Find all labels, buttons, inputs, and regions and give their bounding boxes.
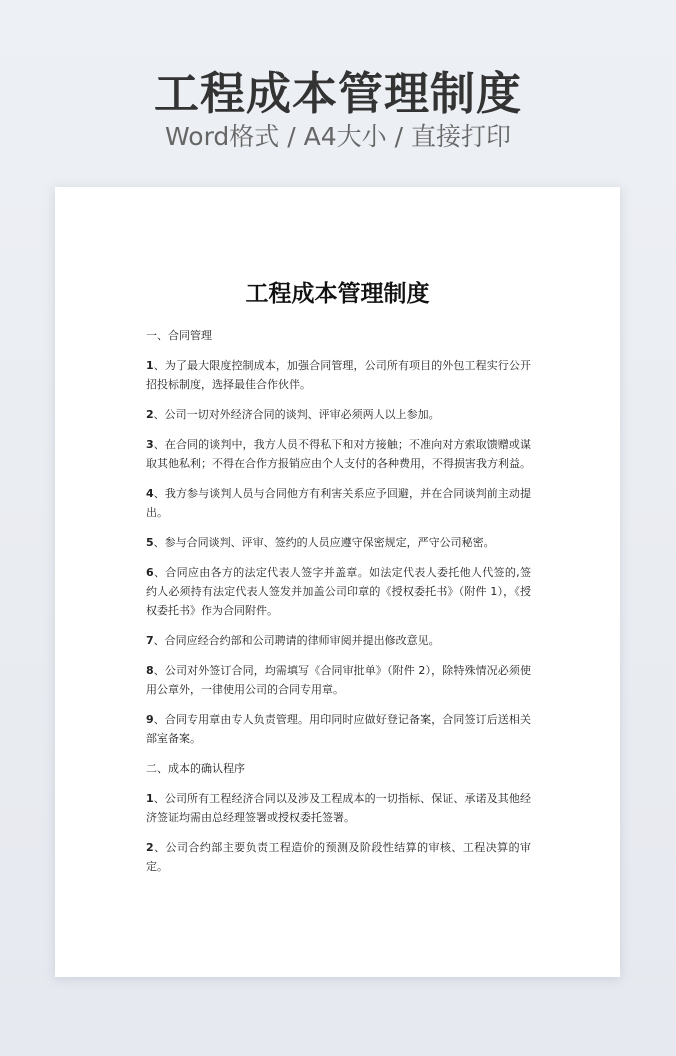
- paragraph-item: 2、公司合约部主要负责工程造价的预测及阶段性结算的审核、工程决算的审定。: [146, 838, 531, 876]
- item-text: 、公司一切对外经济合同的谈判、评审必须两人以上参加。: [154, 408, 440, 421]
- item-number: 1: [146, 359, 154, 372]
- item-text: 、在合同的谈判中，我方人员不得私下和对方接触；不准向对方索取馈赠或谋取其他私利；…: [146, 438, 531, 470]
- item-number: 2: [146, 408, 154, 421]
- paragraph-item: 5、参与合同谈判、评审、签约的人员应遵守保密规定，严守公司秘密。: [146, 533, 531, 552]
- banner-title: 工程成本管理制度: [0, 66, 676, 122]
- item-text: 、合同应经合约部和公司聘请的律师审阅并提出修改意见。: [154, 634, 440, 647]
- item-number: 9: [146, 713, 154, 726]
- item-text: 、我方参与谈判人员与合同他方有利害关系应予回避，并在合同谈判前主动提出。: [146, 487, 531, 519]
- document-title: 工程成本管理制度: [55, 277, 620, 311]
- paragraph-item: 8、公司对外签订合同，均需填写《合同审批单》（附件 2），除特殊情况必须使用公章…: [146, 661, 531, 699]
- item-number: 7: [146, 634, 154, 647]
- document-page: 工程成本管理制度 一、合同管理 1、为了最大限度控制成本，加强合同管理，公司所有…: [55, 187, 620, 977]
- item-text: 、公司对外签订合同，均需填写《合同审批单》（附件 2），除特殊情况必须使用公章外…: [146, 664, 531, 696]
- paragraph-item: 1、为了最大限度控制成本，加强合同管理，公司所有项目的外包工程实行公开招投标制度…: [146, 356, 531, 394]
- item-number: 5: [146, 536, 154, 549]
- item-text: 、参与合同谈判、评审、签约的人员应遵守保密规定，严守公司秘密。: [154, 536, 495, 549]
- paragraph-item: 3、在合同的谈判中，我方人员不得私下和对方接触；不准向对方索取馈赠或谋取其他私利…: [146, 435, 531, 473]
- item-number: 1: [146, 792, 154, 805]
- item-number: 2: [146, 841, 154, 854]
- item-number: 6: [146, 566, 154, 579]
- item-number: 3: [146, 438, 154, 451]
- item-number: 4: [146, 487, 154, 500]
- banner-subtitle: Word格式 / A4大小 / 直接打印: [0, 120, 676, 154]
- document-body: 一、合同管理 1、为了最大限度控制成本，加强合同管理，公司所有项目的外包工程实行…: [146, 326, 531, 887]
- item-text: 、合同专用章由专人负责管理。用印同时应做好登记备案，合同签订后送相关部室备案。: [146, 713, 531, 745]
- paragraph-item: 6、合同应由各方的法定代表人签字并盖章。如法定代表人委托他人代签的,签约人必须持…: [146, 563, 531, 620]
- item-text: 、合同应由各方的法定代表人签字并盖章。如法定代表人委托他人代签的,签约人必须持有…: [146, 566, 531, 617]
- paragraph-item: 1、公司所有工程经济合同以及涉及工程成本的一切指标、保证、承诺及其他经济签证均需…: [146, 789, 531, 827]
- item-text: 、公司合约部主要负责工程造价的预测及阶段性结算的审核、工程决算的审定。: [146, 841, 531, 873]
- paragraph-item: 7、合同应经合约部和公司聘请的律师审阅并提出修改意见。: [146, 631, 531, 650]
- section-heading-contract-management: 一、合同管理: [146, 326, 531, 345]
- section-heading-cost-confirmation: 二、成本的确认程序: [146, 759, 531, 778]
- item-text: 、为了最大限度控制成本，加强合同管理，公司所有项目的外包工程实行公开招投标制度，…: [146, 359, 531, 391]
- item-number: 8: [146, 664, 154, 677]
- paragraph-item: 9、合同专用章由专人负责管理。用印同时应做好登记备案，合同签订后送相关部室备案。: [146, 710, 531, 748]
- item-text: 、公司所有工程经济合同以及涉及工程成本的一切指标、保证、承诺及其他经济签证均需由…: [146, 792, 531, 824]
- paragraph-item: 2、公司一切对外经济合同的谈判、评审必须两人以上参加。: [146, 405, 531, 424]
- paragraph-item: 4、我方参与谈判人员与合同他方有利害关系应予回避，并在合同谈判前主动提出。: [146, 484, 531, 522]
